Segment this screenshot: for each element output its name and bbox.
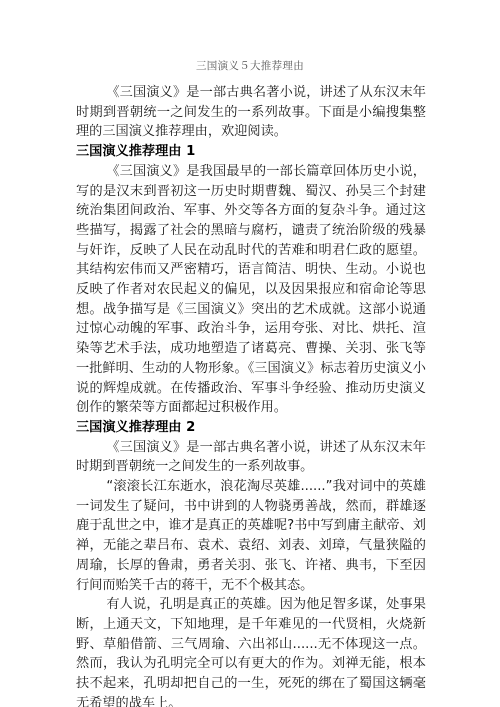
section-heading-2: 三国演义推荐理由 2 — [76, 418, 426, 438]
section-heading-1: 三国演义推荐理由 1 — [76, 142, 426, 162]
page-title: 三国演义５大推荐理由 — [0, 58, 500, 73]
section-2-paragraph-2: “滚滚长江东逝水，浪花淘尽英雄......”我对词中的英雄一词发生了疑问，书中讲… — [76, 477, 426, 595]
intro-paragraph: 《三国演义》是一部古典名著小说，讲述了从东汉末年时期到晋朝统一之间发生的一系列故… — [76, 83, 426, 142]
section-2-paragraph-1: 《三国演义》是一部古典名著小说，讲述了从东汉末年时期到晋朝统一之间发生的一系列故… — [76, 438, 426, 477]
document-body: 《三国演义》是一部古典名著小说，讲述了从东汉末年时期到晋朝统一之间发生的一系列故… — [76, 83, 426, 707]
section-1-paragraph-1: 《三国演义》是我国最早的一部长篇章回体历史小说，写的是汉末到晋初这一历史时期曹魏… — [76, 162, 426, 418]
section-2-paragraph-3: 有人说，孔明是真正的英雄。因为他足智多谋，处事果断，上通天文，下知地理，是千年难… — [76, 595, 426, 707]
